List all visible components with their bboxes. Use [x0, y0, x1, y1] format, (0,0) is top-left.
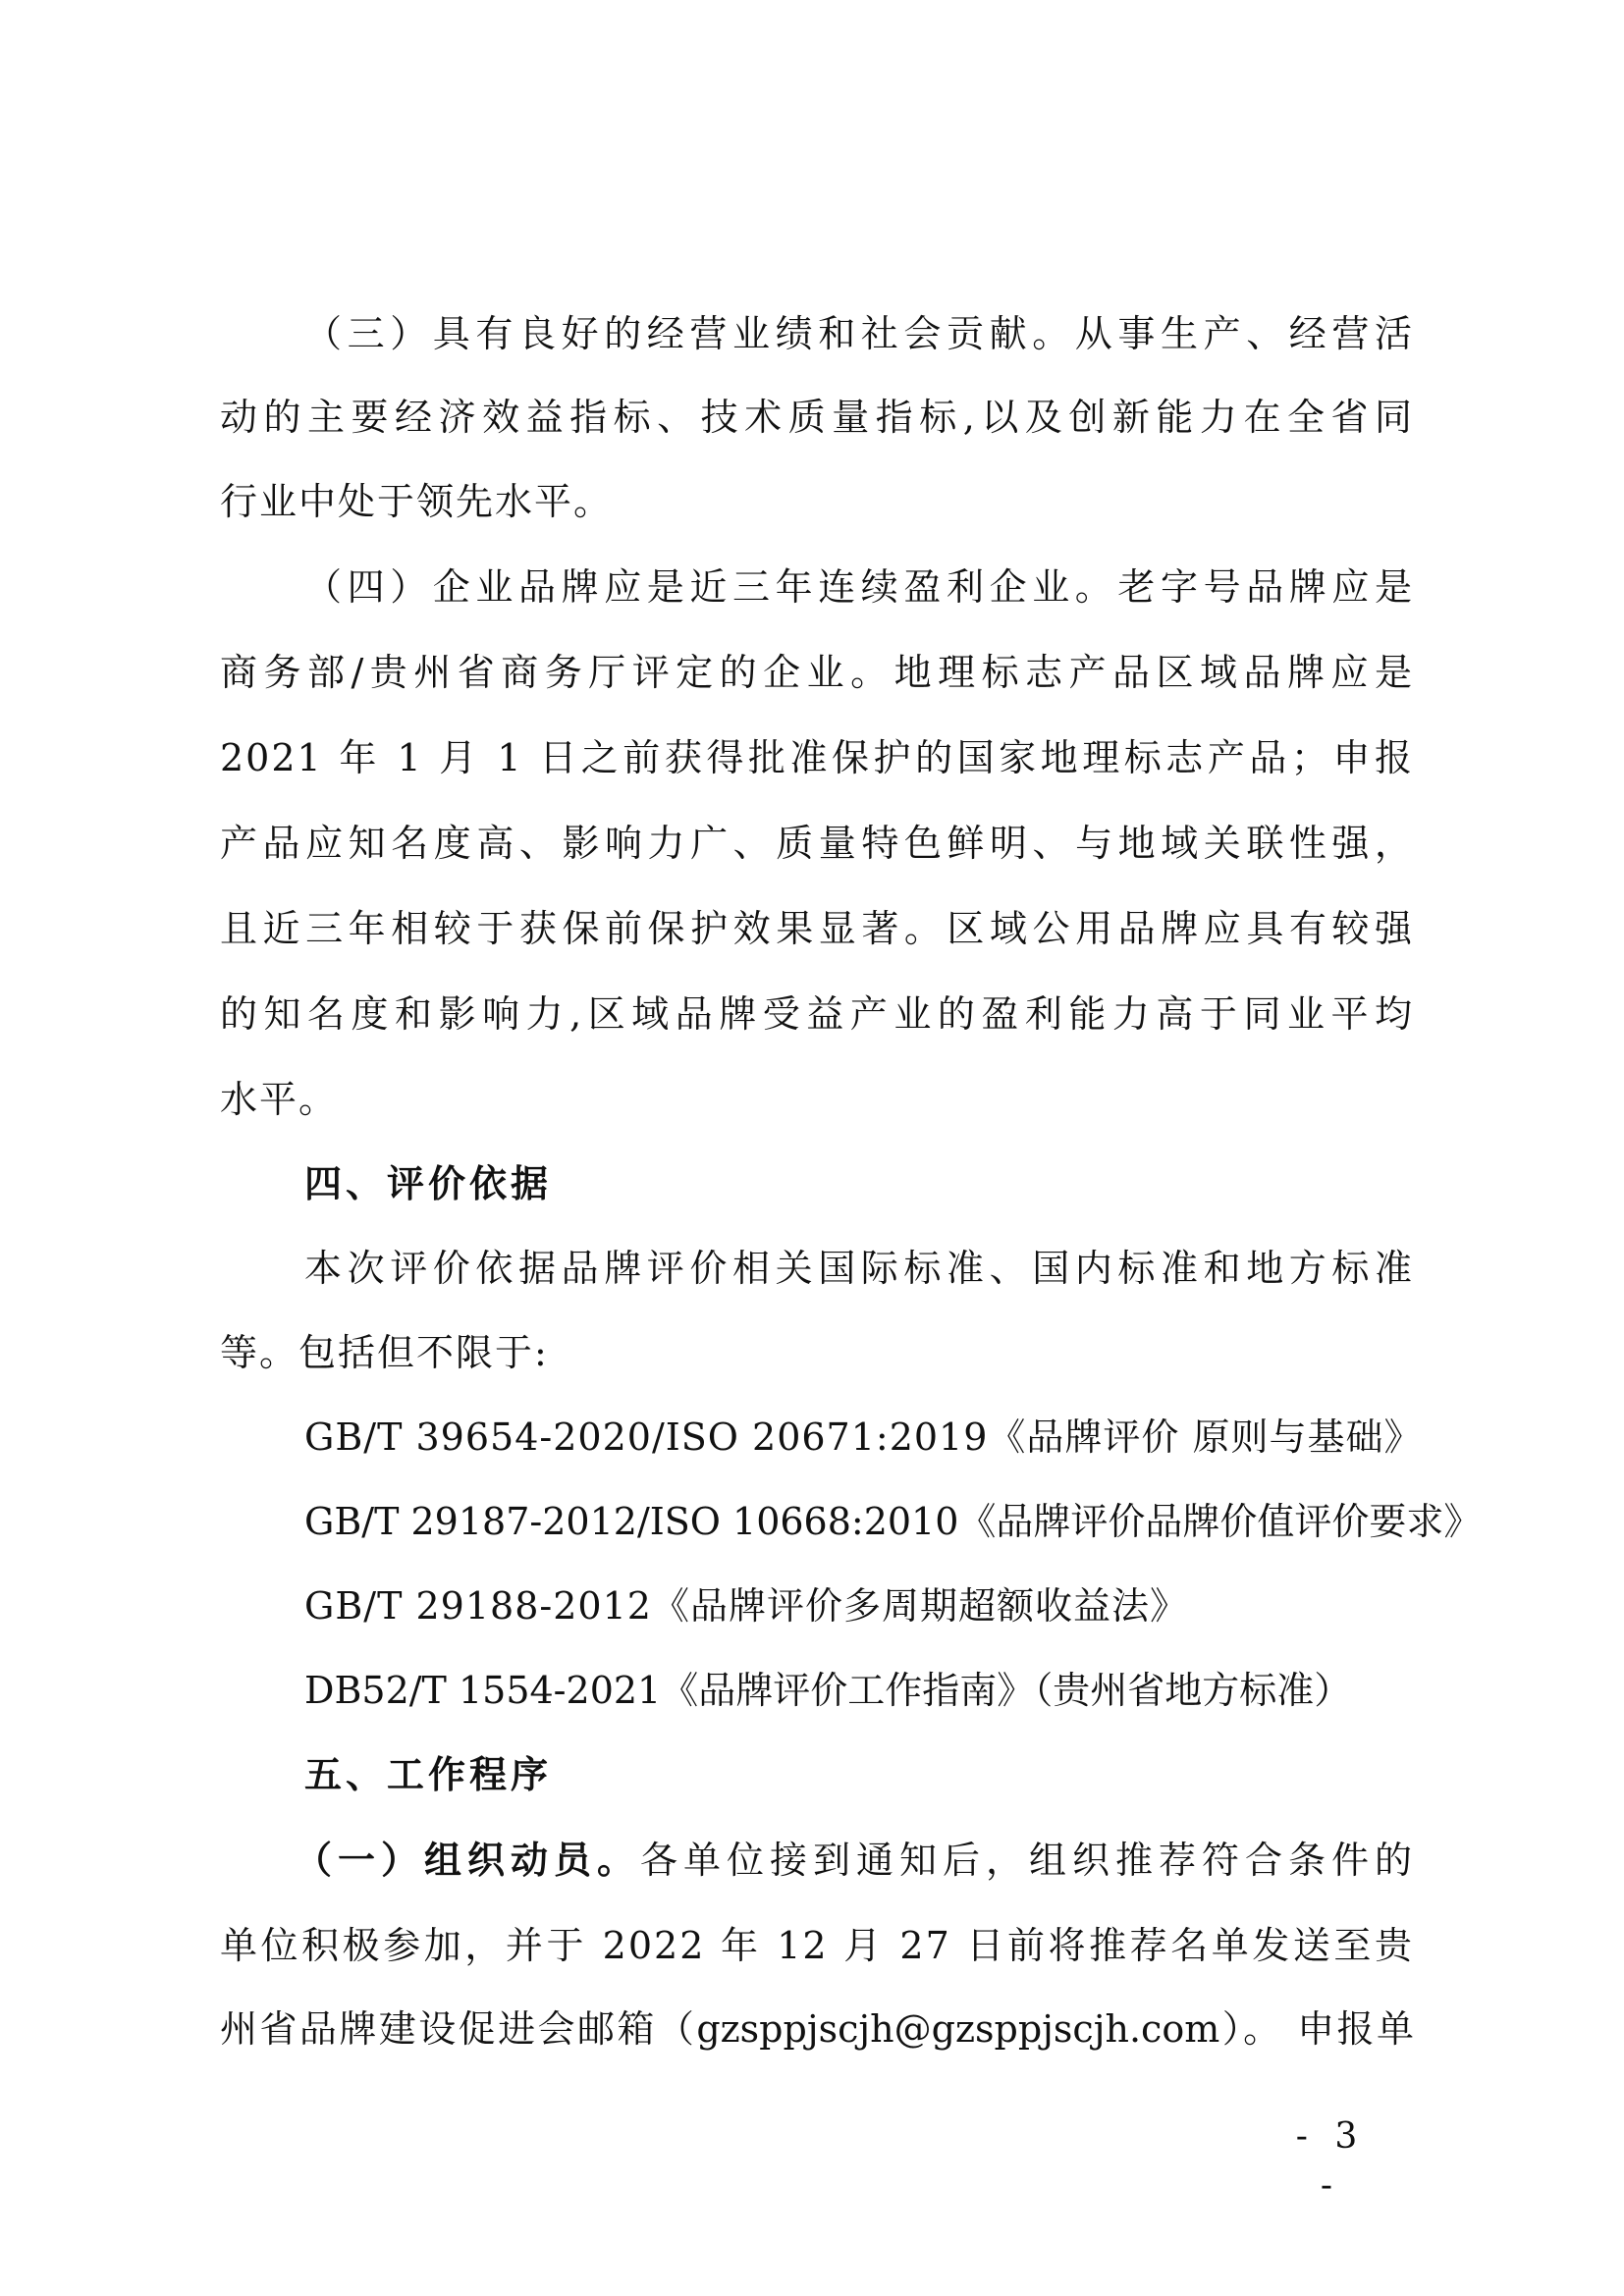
step-1-label: （一）组织动员。 — [295, 1839, 640, 1882]
step-1-text: 各单位接到通知后，组织推荐符合条件的 — [640, 1839, 1414, 1882]
paragraph-4-line-4: 产品应知名度高、影响力广、质量特色鲜明、与地域关联性强， — [220, 816, 1414, 871]
paragraph-4-line-1: （四）企业品牌应是近三年连续盈利企业。老字号品牌应是 — [304, 560, 1414, 614]
section-4-heading: 四、评价依据 — [304, 1156, 1414, 1211]
paragraph-4-line-2: 商务部/贵州省商务厅评定的企业。地理标志产品区域品牌应是 — [220, 645, 1414, 700]
section-5-heading: 五、工作程序 — [304, 1747, 1414, 1802]
standard-item: GB/T 29188-2012《品牌评价多周期超额收益法》 — [304, 1578, 1414, 1633]
paragraph-3-line-2: 动的主要经济效益指标、技术质量指标,以及创新能力在全省同 — [220, 390, 1414, 445]
section-4-intro-line-2: 等。包括但不限于: — [220, 1325, 1414, 1380]
step-1-line-1: （一）组织动员。各单位接到通知后，组织推荐符合条件的 — [295, 1833, 1414, 1888]
paragraph-4-line-3: 2021 年 1 月 1 日之前获得批准保护的国家地理标志产品；申报 — [220, 730, 1414, 785]
paragraph-4-line-6: 的知名度和影响力,区域品牌受益产业的盈利能力高于同业平均 — [220, 987, 1414, 1041]
standard-item: GB/T 39654-2020/ISO 20671:2019《品牌评价 原则与基… — [304, 1410, 1414, 1465]
step-1-line-2: 单位积极参加，并于 2022 年 12 月 27 日前将推荐名单发送至贵 — [220, 1918, 1414, 1973]
document-page: （三）具有良好的经营业绩和社会贡献。从事生产、经营活 动的主要经济效益指标、技术… — [0, 0, 1624, 2296]
page-number: - 3 - — [1276, 2112, 1384, 2162]
section-4-intro-line-1: 本次评价依据品牌评价相关国际标准、国内标准和地方标准 — [304, 1241, 1414, 1296]
paragraph-3-line-1: （三）具有良好的经营业绩和社会贡献。从事生产、经营活 — [304, 306, 1414, 361]
paragraph-3-line-3: 行业中处于领先水平。 — [220, 474, 1414, 529]
step-1-line-3: 州省品牌建设促进会邮箱（gzsppjscjh@gzsppjscjh.com）。 … — [220, 2002, 1414, 2056]
standard-item: GB/T 29187-2012/ISO 10668:2010《品牌评价品牌价值评… — [304, 1494, 1414, 1549]
paragraph-4-line-7: 水平。 — [220, 1072, 1414, 1127]
paragraph-4-line-5: 且近三年相较于获保前保护效果显著。区域公用品牌应具有较强 — [220, 901, 1414, 956]
standard-item: DB52/T 1554-2021《品牌评价工作指南》（贵州省地方标准） — [304, 1663, 1414, 1718]
